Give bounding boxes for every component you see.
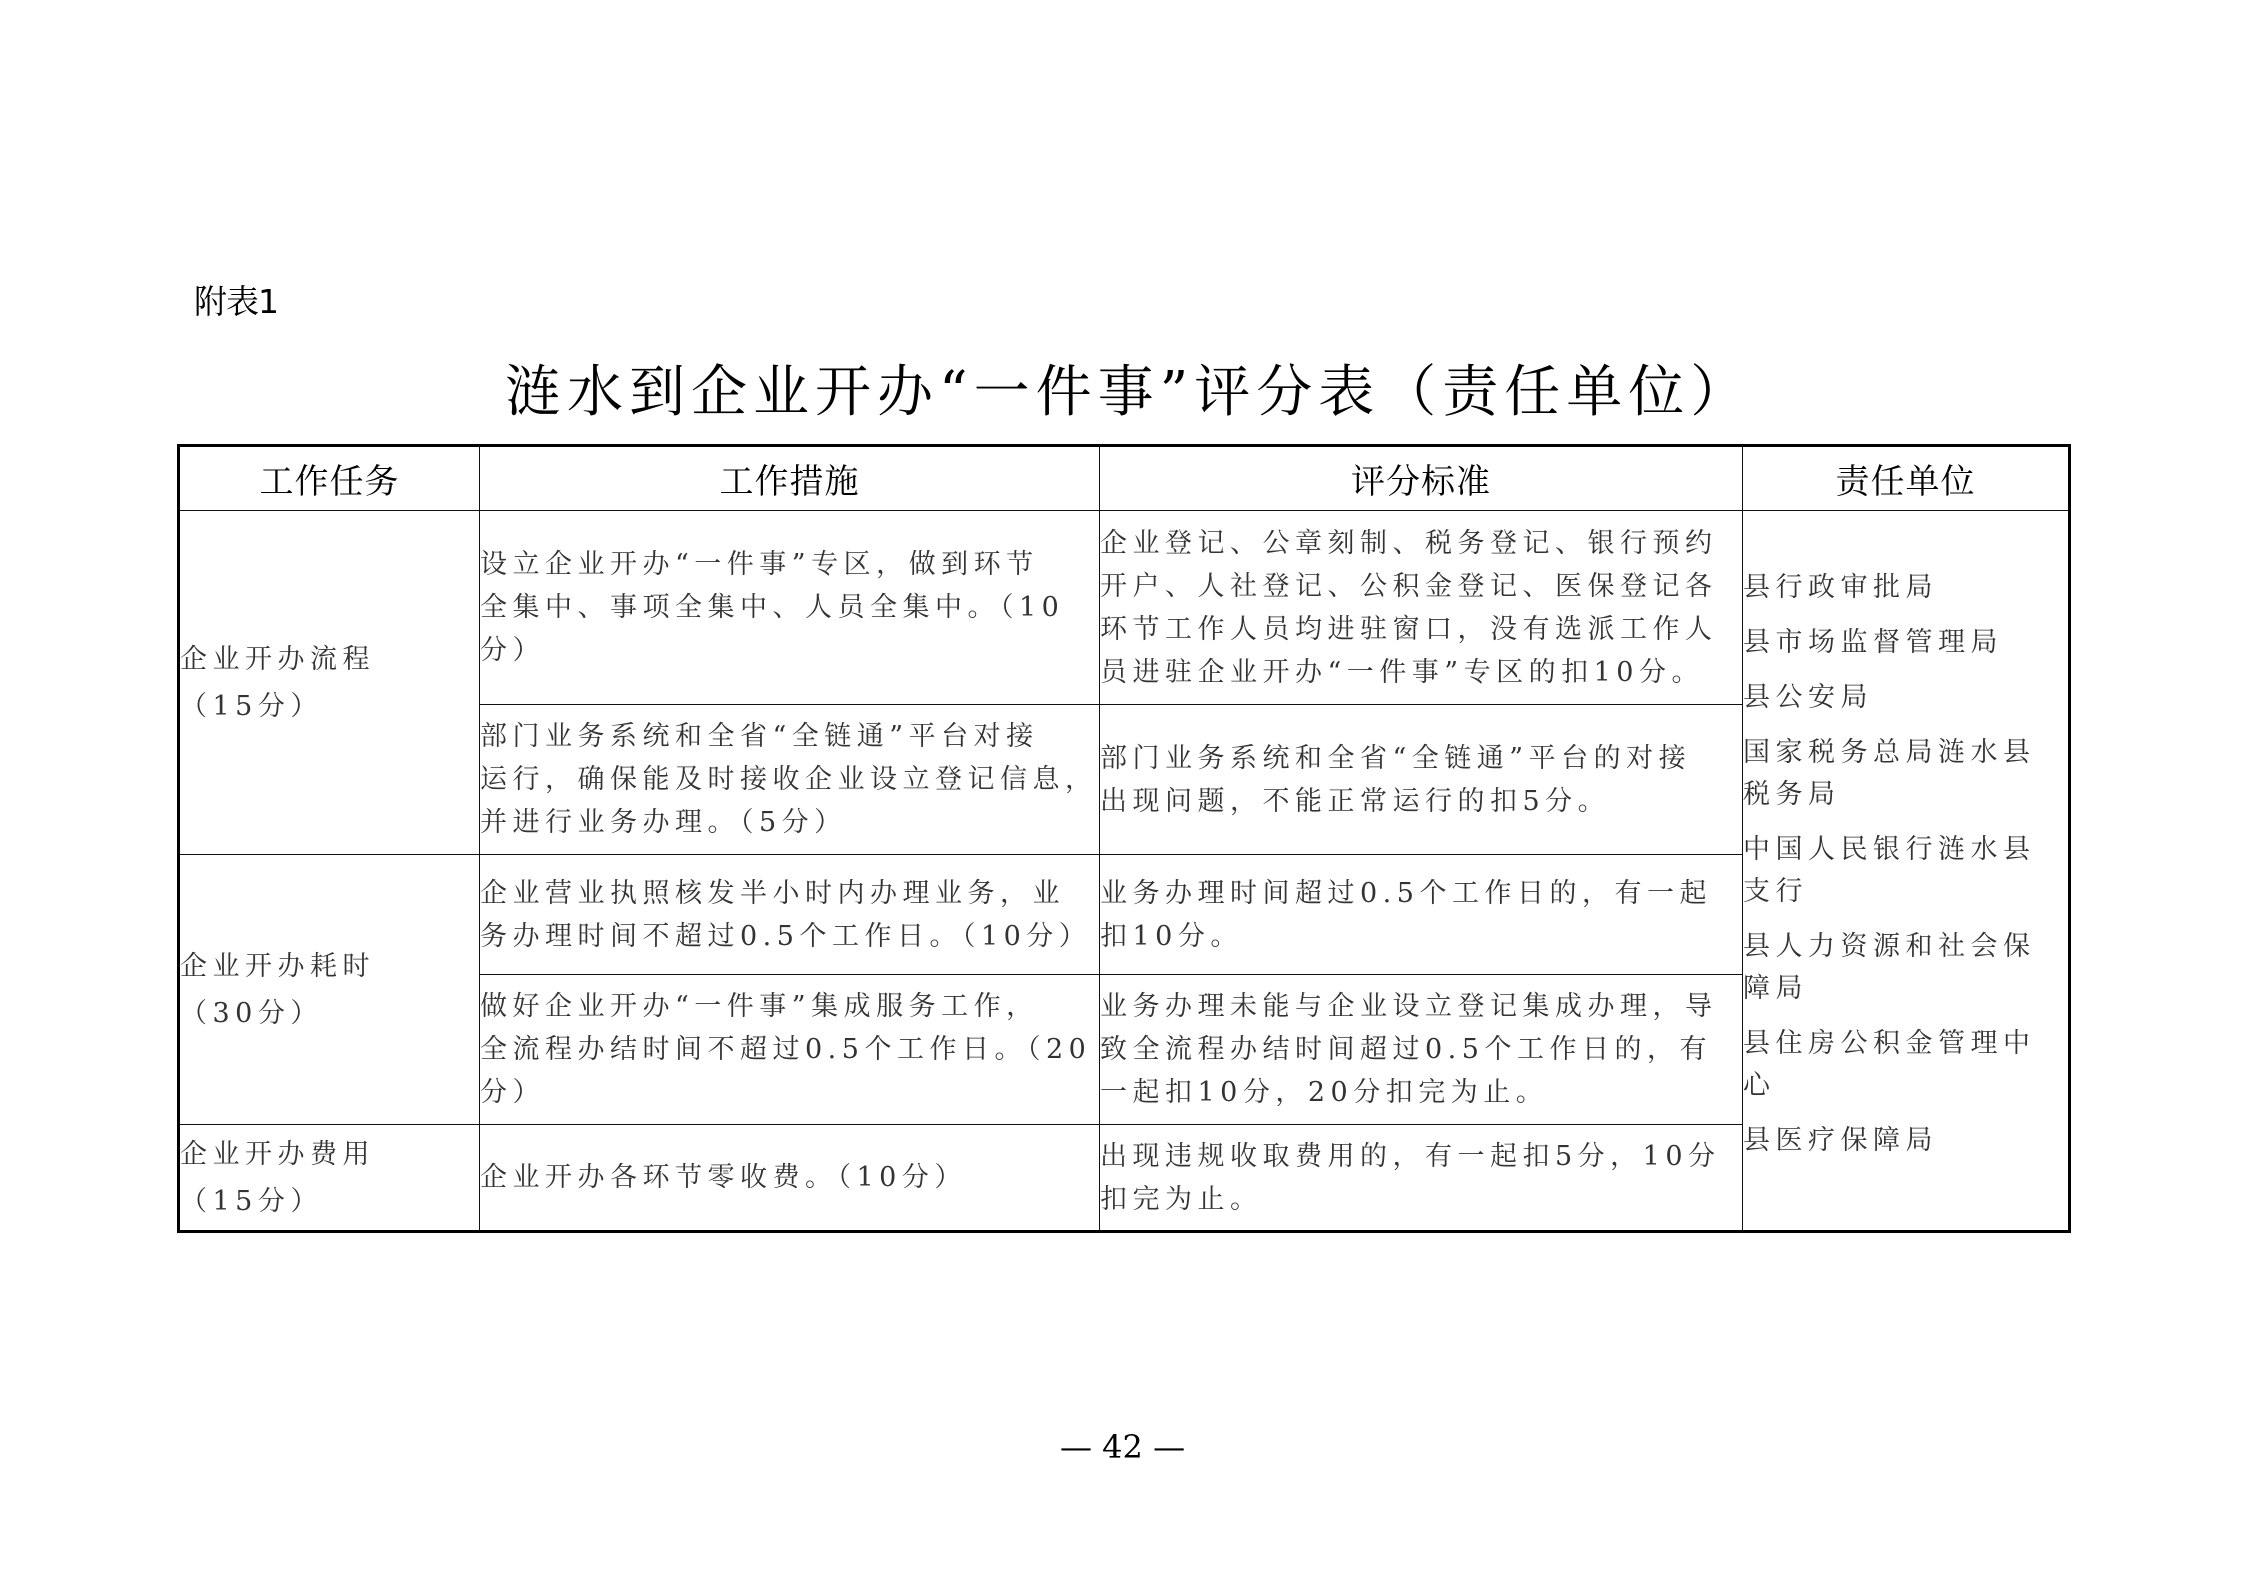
measure-line: 企业营业执照核发半小时内办理业务，业 (480, 872, 1099, 915)
criteria-cell: 企业登记、公章刻制、税务登记、银行预约 开户、人社登记、公积金登记、医保登记各 … (1100, 511, 1743, 705)
unit-item: 县行政审批局 (1743, 567, 2068, 609)
unit-name: 县行政审批局 (1743, 567, 2068, 609)
task-score: （30分） (180, 990, 479, 1037)
criteria-cell: 业务办理时间超过0.5个工作日的，有一起 扣10分。 (1100, 855, 1743, 975)
criteria-line: 业务办理未能与企业设立登记集成办理，导 (1100, 985, 1742, 1028)
header-task: 工作任务 (179, 446, 480, 511)
measure-line: 运行，确保能及时接收企业设立登记信息， (480, 758, 1099, 801)
criteria-line: 部门业务系统和全省“全链通”平台的对接 (1100, 737, 1742, 780)
criteria-cell: 业务办理未能与企业设立登记集成办理，导 致全流程办结时间超过0.5个工作日的，有… (1100, 975, 1743, 1125)
criteria-line: 出现违规收取费用的，有一起扣5分，10分 (1100, 1135, 1742, 1178)
header-measures: 工作措施 (480, 446, 1100, 511)
scoring-table: 工作任务 工作措施 评分标准 责任单位 企业开办流程 （15分） 设立企业开办“… (177, 444, 2071, 1233)
measure-line: 全集中、事项全集中、人员全集中。（10 (480, 586, 1099, 629)
task-cell-duration: 企业开办耗时 （30分） (179, 855, 480, 1125)
task-cell-cost: 企业开办费用 （15分） (179, 1125, 480, 1232)
unit-name: 心 (1743, 1065, 2068, 1107)
measure-line: 部门业务系统和全省“全链通”平台对接 (480, 715, 1099, 758)
task-cell-process: 企业开办流程 （15分） (179, 511, 480, 855)
criteria-line: 开户、人社登记、公积金登记、医保登记各 (1100, 565, 1742, 608)
unit-item: 县公安局 (1743, 677, 2068, 719)
measure-line: 并进行业务办理。（5分） (480, 801, 1099, 844)
criteria-line: 扣10分。 (1100, 915, 1742, 958)
table-row: 企业开办流程 （15分） 设立企业开办“一件事”专区，做到环节 全集中、事项全集… (179, 511, 2070, 705)
unit-item: 国家税务总局涟水县 税务局 (1743, 732, 2068, 816)
unit-item: 县人力资源和社会保 障局 (1743, 926, 2068, 1010)
measure-line: 企业开办各环节零收费。（10分） (480, 1156, 1099, 1199)
unit-name: 支行 (1743, 871, 2068, 913)
table-header-row: 工作任务 工作措施 评分标准 责任单位 (179, 446, 2070, 511)
unit-name: 障局 (1743, 968, 2068, 1010)
unit-name: 县公安局 (1743, 677, 2068, 719)
measure-cell: 部门业务系统和全省“全链通”平台对接 运行，确保能及时接收企业设立登记信息， 并… (480, 705, 1100, 855)
unit-name: 中国人民银行涟水县 (1743, 829, 2068, 871)
header-responsible-unit: 责任单位 (1743, 446, 2070, 511)
unit-item: 县住房公积金管理中 心 (1743, 1023, 2068, 1107)
criteria-line: 员进驻企业开办“一件事”专区的扣10分。 (1100, 651, 1742, 694)
measure-line: 分） (480, 629, 1099, 672)
unit-name: 国家税务总局涟水县 (1743, 732, 2068, 774)
unit-item: 中国人民银行涟水县 支行 (1743, 829, 2068, 913)
header-criteria: 评分标准 (1100, 446, 1743, 511)
criteria-line: 出现问题，不能正常运行的扣5分。 (1100, 780, 1742, 823)
unit-name: 县市场监督管理局 (1743, 622, 2068, 664)
measure-line: 设立企业开办“一件事”专区，做到环节 (480, 543, 1099, 586)
task-name: 企业开办费用 (180, 1131, 479, 1178)
unit-name: 税务局 (1743, 774, 2068, 816)
responsible-units-cell: 县行政审批局 县市场监督管理局 县公安局 国家税务总局涟水县 税务局 中国人民银… (1743, 511, 2070, 1232)
measure-cell: 设立企业开办“一件事”专区，做到环节 全集中、事项全集中、人员全集中。（10 分… (480, 511, 1100, 705)
criteria-line: 扣完为止。 (1100, 1178, 1742, 1221)
criteria-line: 一起扣10分，20分扣完为止。 (1100, 1071, 1742, 1114)
unit-name: 县医疗保障局 (1743, 1120, 2068, 1162)
unit-name: 县人力资源和社会保 (1743, 926, 2068, 968)
criteria-line: 环节工作人员均进驻窗口，没有选派工作人 (1100, 608, 1742, 651)
measure-line: 全流程办结时间不超过0.5个工作日。（20 (480, 1028, 1099, 1071)
measure-line: 分） (480, 1071, 1099, 1114)
task-name: 企业开办耗时 (180, 943, 479, 990)
task-score: （15分） (180, 683, 479, 730)
unit-item: 县市场监督管理局 (1743, 622, 2068, 664)
measure-cell: 企业营业执照核发半小时内办理业务，业 务办理时间不超过0.5个工作日。（10分） (480, 855, 1100, 975)
appendix-label: 附表1 (194, 276, 278, 323)
criteria-cell: 部门业务系统和全省“全链通”平台的对接 出现问题，不能正常运行的扣5分。 (1100, 705, 1743, 855)
measure-line: 务办理时间不超过0.5个工作日。（10分） (480, 915, 1099, 958)
unit-name: 县住房公积金管理中 (1743, 1023, 2068, 1065)
task-score: （15分） (180, 1178, 479, 1225)
measure-line: 做好企业开办“一件事”集成服务工作， (480, 985, 1099, 1028)
criteria-cell: 出现违规收取费用的，有一起扣5分，10分 扣完为止。 (1100, 1125, 1743, 1232)
document-title: 涟水到企业开办“一件事”评分表（责任单位） (505, 348, 1715, 428)
criteria-line: 业务办理时间超过0.5个工作日的，有一起 (1100, 872, 1742, 915)
task-name: 企业开办流程 (180, 636, 479, 683)
criteria-line: 企业登记、公章刻制、税务登记、银行预约 (1100, 522, 1742, 565)
measure-cell: 做好企业开办“一件事”集成服务工作， 全流程办结时间不超过0.5个工作日。（20… (480, 975, 1100, 1125)
page-number: — 42 — (1060, 1428, 1185, 1466)
unit-item: 县医疗保障局 (1743, 1120, 2068, 1162)
criteria-line: 致全流程办结时间超过0.5个工作日的，有 (1100, 1028, 1742, 1071)
measure-cell: 企业开办各环节零收费。（10分） (480, 1125, 1100, 1232)
